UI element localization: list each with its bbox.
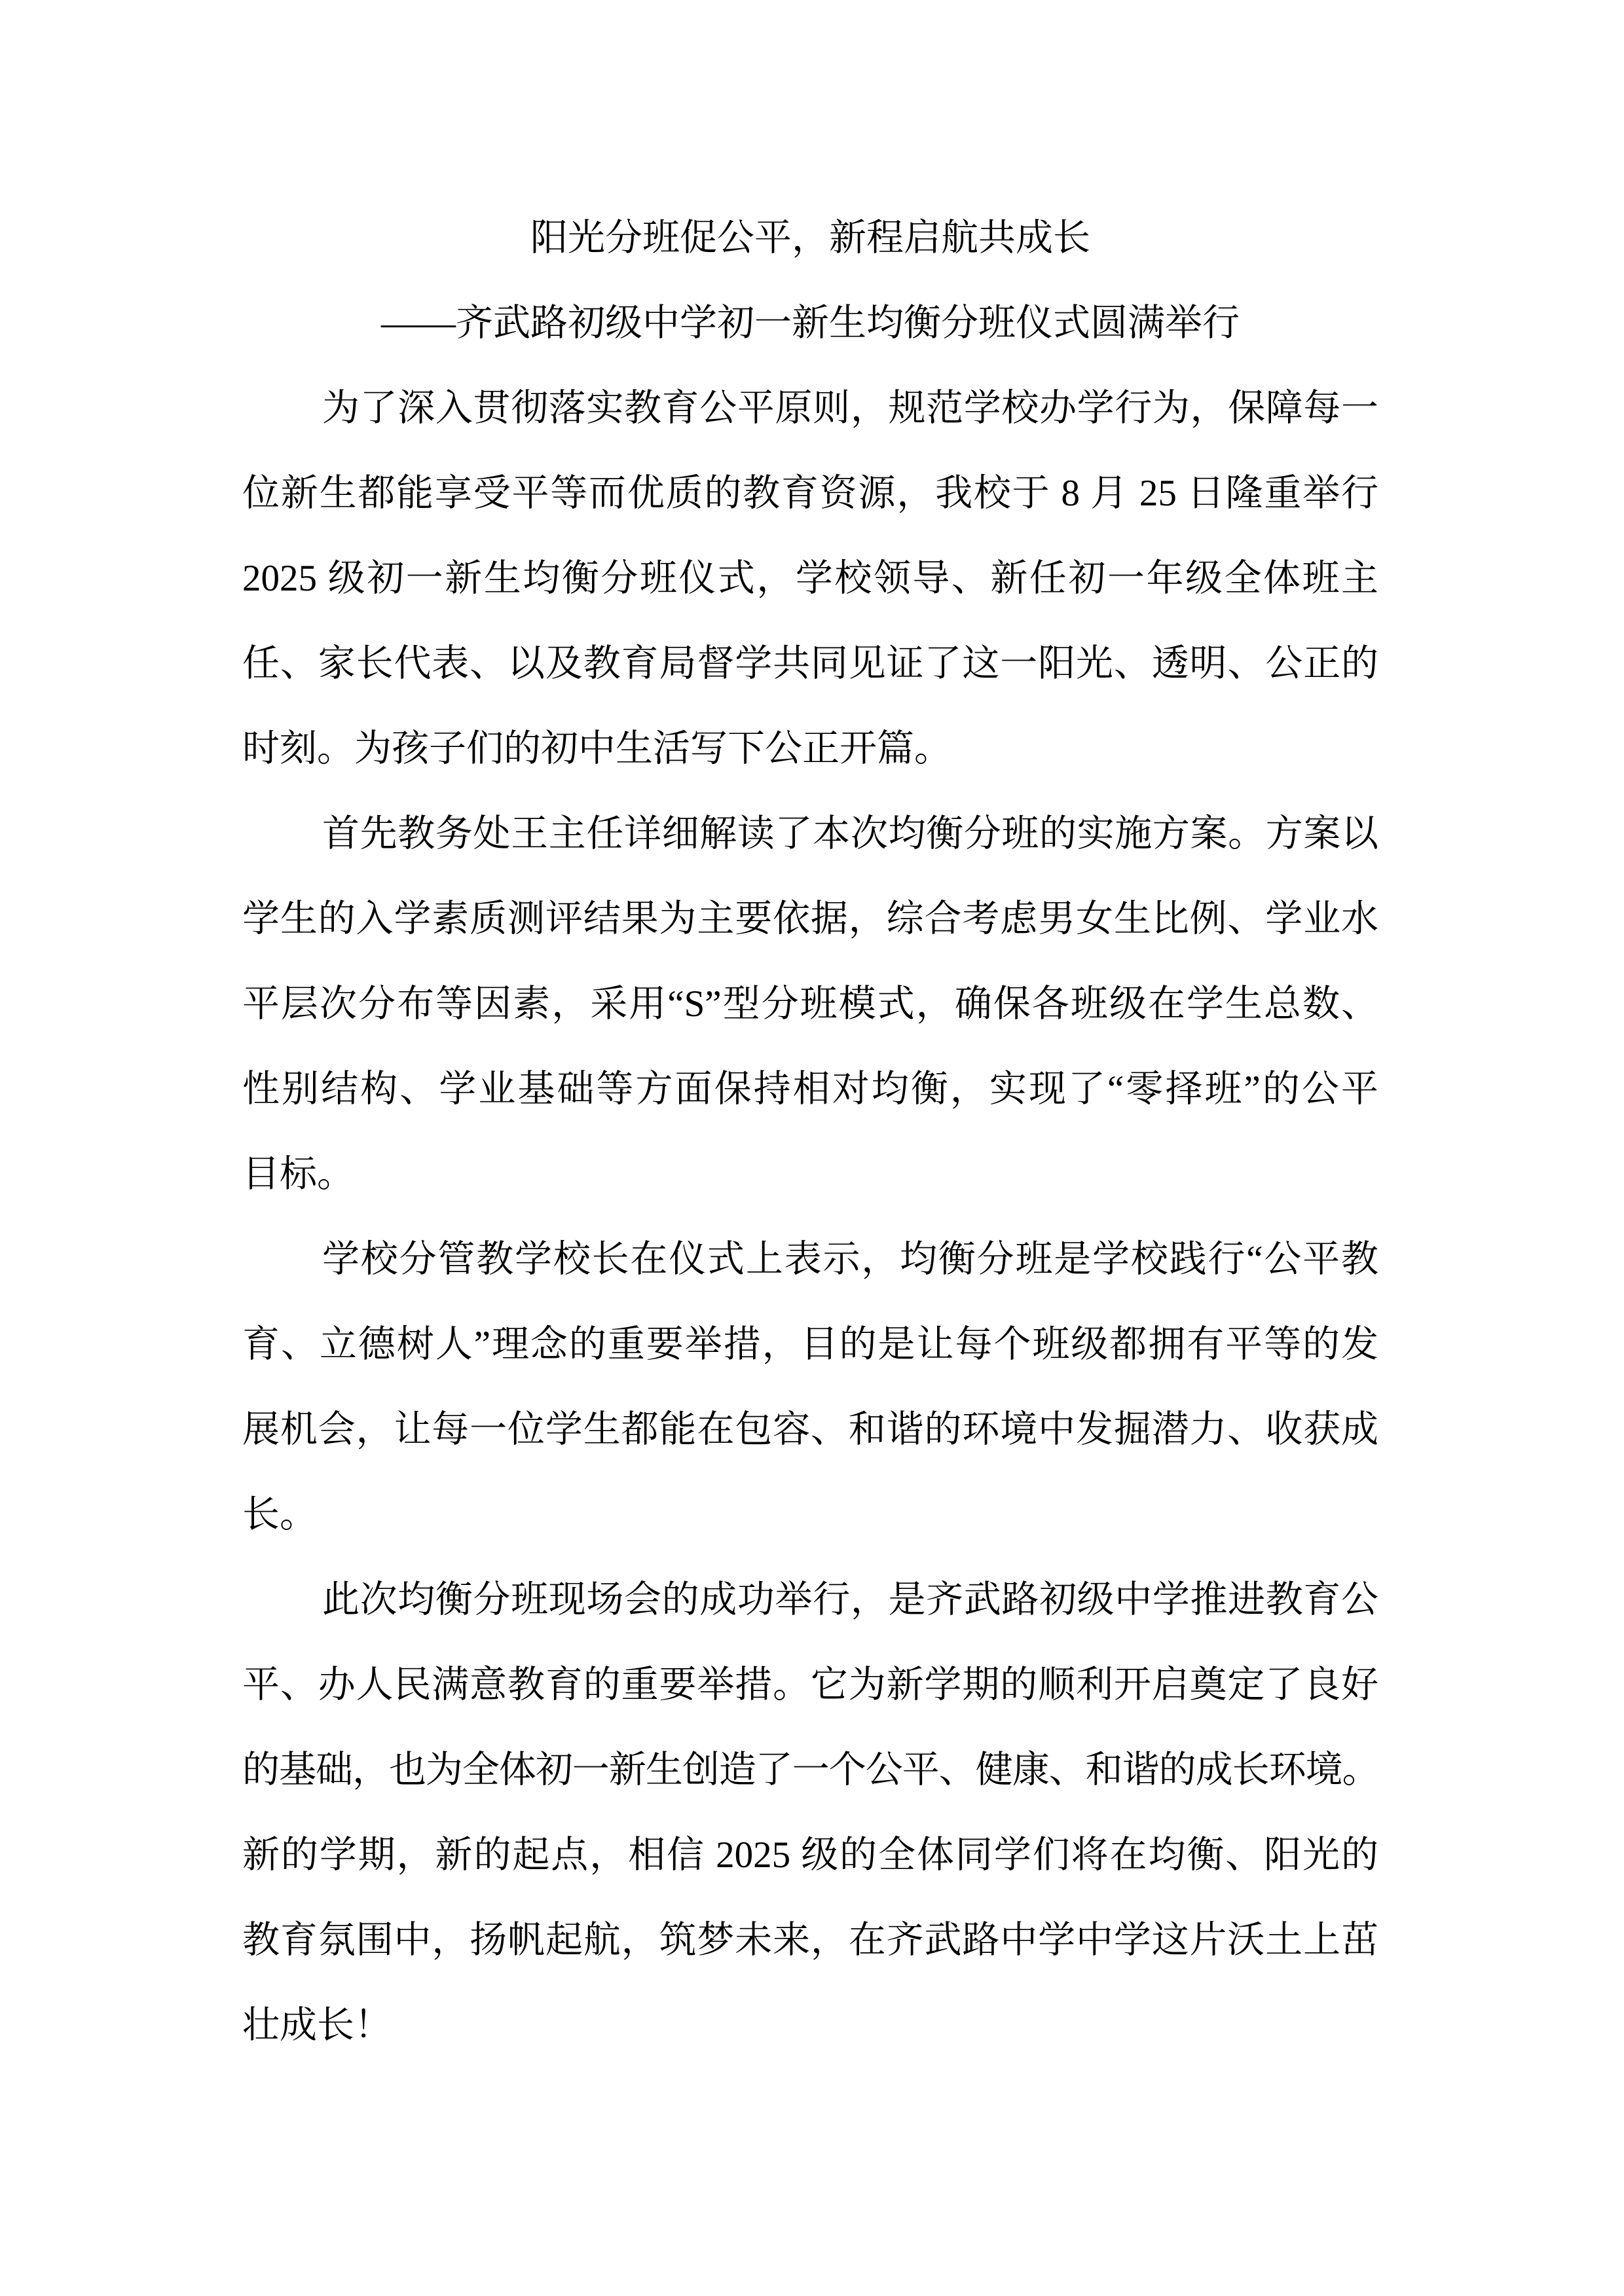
paragraph-1-line-3: 2025 级初一新生均衡分班仪式，学校领导、新任初一年级全体班主 (242, 536, 1378, 621)
paragraph-3-line-4: 长。 (242, 1472, 1378, 1558)
document-page: 阳光分班促公平，新程启航共成长 ——齐武路初级中学初一新生均衡分班仪式圆满举行 … (0, 0, 1624, 2296)
paragraph-1-line-2: 位新生都能享受平等而优质的教育资源，我校于 8 月 25 日隆重举行 (242, 451, 1378, 536)
paragraph-4-line-1: 此次均衡分班现场会的成功举行，是齐武路初级中学推进教育公 (242, 1558, 1378, 1643)
paragraph-2-line-4: 性别结构、学业基础等方面保持相对均衡，实现了“零择班”的公平 (242, 1047, 1378, 1132)
paragraph-3-line-2: 育、立德树人”理念的重要举措，目的是让每个班级都拥有平等的发 (242, 1302, 1378, 1387)
paragraph-1-line-4: 任、家长代表、以及教育局督学共同见证了这一阳光、透明、公正的 (242, 621, 1378, 706)
document-subtitle: ——齐武路初级中学初一新生均衡分班仪式圆满举行 (242, 281, 1378, 366)
paragraph-2-line-1: 首先教务处王主任详细解读了本次均衡分班的实施方案。方案以 (242, 792, 1378, 877)
paragraph-1-line-5: 时刻。为孩子们的初中生活写下公正开篇。 (242, 706, 1378, 792)
document-title: 阳光分班促公平，新程启航共成长 (242, 196, 1378, 281)
paragraph-2-line-3: 平层次分布等因素，采用“S”型分班模式，确保各班级在学生总数、 (242, 962, 1378, 1047)
paragraph-4-line-6: 壮成长！ (242, 1983, 1378, 2068)
paragraph-2-line-5: 目标。 (242, 1132, 1378, 1217)
paragraph-3-line-1: 学校分管教学校长在仪式上表示，均衡分班是学校践行“公平教 (242, 1217, 1378, 1302)
paragraph-2-line-2: 学生的入学素质测评结果为主要依据，综合考虑男女生比例、学业水 (242, 877, 1378, 962)
paragraph-1-line-1: 为了深入贯彻落实教育公平原则，规范学校办学行为，保障每一 (242, 366, 1378, 451)
paragraph-3-line-3: 展机会，让每一位学生都能在包容、和谐的环境中发掘潜力、收获成 (242, 1387, 1378, 1472)
paragraph-4-line-5: 教育氛围中，扬帆起航，筑梦未来，在齐武路中学中学这片沃土上茁 (242, 1898, 1378, 1983)
document-content: 阳光分班促公平，新程启航共成长 ——齐武路初级中学初一新生均衡分班仪式圆满举行 … (242, 196, 1378, 2068)
paragraph-4-line-4: 新的学期，新的起点，相信 2025 级的全体同学们将在均衡、阳光的 (242, 1813, 1378, 1898)
paragraph-4-line-2: 平、办人民满意教育的重要举措。它为新学期的顺利开启奠定了良好 (242, 1643, 1378, 1728)
paragraph-4-line-3: 的基础，也为全体初一新生创造了一个公平、健康、和谐的成长环境。 (242, 1728, 1378, 1813)
